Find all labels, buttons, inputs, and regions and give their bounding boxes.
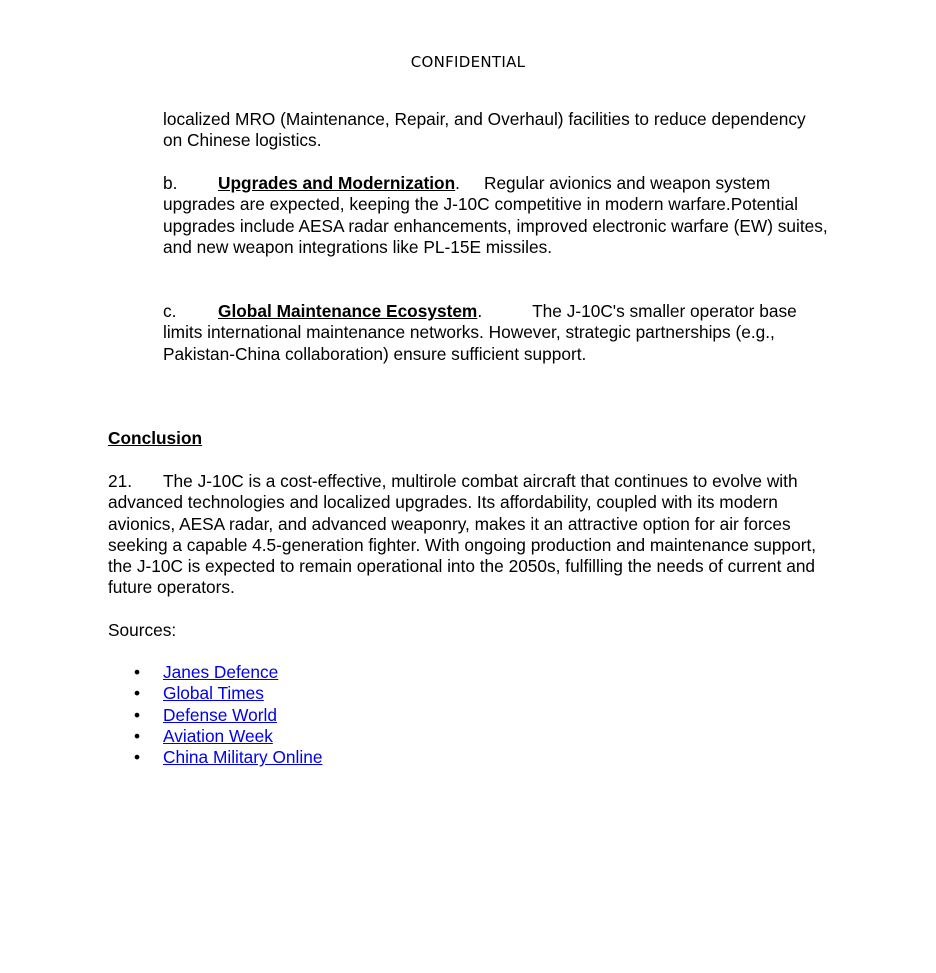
item-b-body: upgrades are expected, keeping the J-10C…	[163, 194, 828, 257]
item-c-label: c.	[163, 301, 218, 322]
source-item: •Global Times	[108, 683, 322, 704]
item-b-label: b.	[163, 173, 218, 194]
source-item: •Aviation Week	[108, 726, 322, 747]
item-c-heading: Global Maintenance Ecosystem	[218, 301, 477, 321]
item-c-line1: The J-10C's smaller operator	[532, 301, 754, 321]
source-link-defense-world[interactable]: Defense World	[163, 705, 277, 725]
bullet-icon: •	[134, 705, 140, 726]
source-link-aviation-week[interactable]: Aviation Week	[163, 726, 273, 746]
conclusion-text: The J-10C is a cost-effective, multirole…	[108, 471, 816, 597]
sources-list: •Janes Defence •Global Times •Defense Wo…	[108, 662, 322, 768]
source-link-global-times[interactable]: Global Times	[163, 683, 264, 703]
source-item: •China Military Online	[108, 747, 322, 768]
source-link-china-military-online[interactable]: China Military Online	[163, 747, 322, 767]
item-b-heading: Upgrades and Modernization	[218, 173, 455, 193]
continuation-paragraph: localized MRO (Maintenance, Repair, and …	[163, 109, 828, 152]
source-item: •Janes Defence	[108, 662, 322, 683]
item-c-paragraph: c.Global Maintenance Ecosystem.The J-10C…	[163, 301, 828, 365]
bullet-icon: •	[134, 662, 140, 683]
item-b-line1: Regular avionics and weapon system	[484, 173, 770, 193]
bullet-icon: •	[134, 726, 140, 747]
conclusion-heading: Conclusion	[108, 428, 830, 449]
item-b-paragraph: b.Upgrades and Modernization.Regular avi…	[163, 173, 828, 258]
item-b-separator: .	[455, 173, 460, 193]
bullet-icon: •	[134, 747, 140, 768]
classification-header: CONFIDENTIAL	[0, 53, 936, 71]
item-c-separator: .	[477, 301, 482, 321]
conclusion-paragraph: 21.The J-10C is a cost-effective, multir…	[108, 471, 830, 599]
bullet-icon: •	[134, 683, 140, 704]
conclusion-number: 21.	[108, 471, 163, 492]
sources-label: Sources:	[108, 620, 830, 641]
source-item: •Defense World	[108, 705, 322, 726]
source-link-janes-defence[interactable]: Janes Defence	[163, 662, 278, 682]
